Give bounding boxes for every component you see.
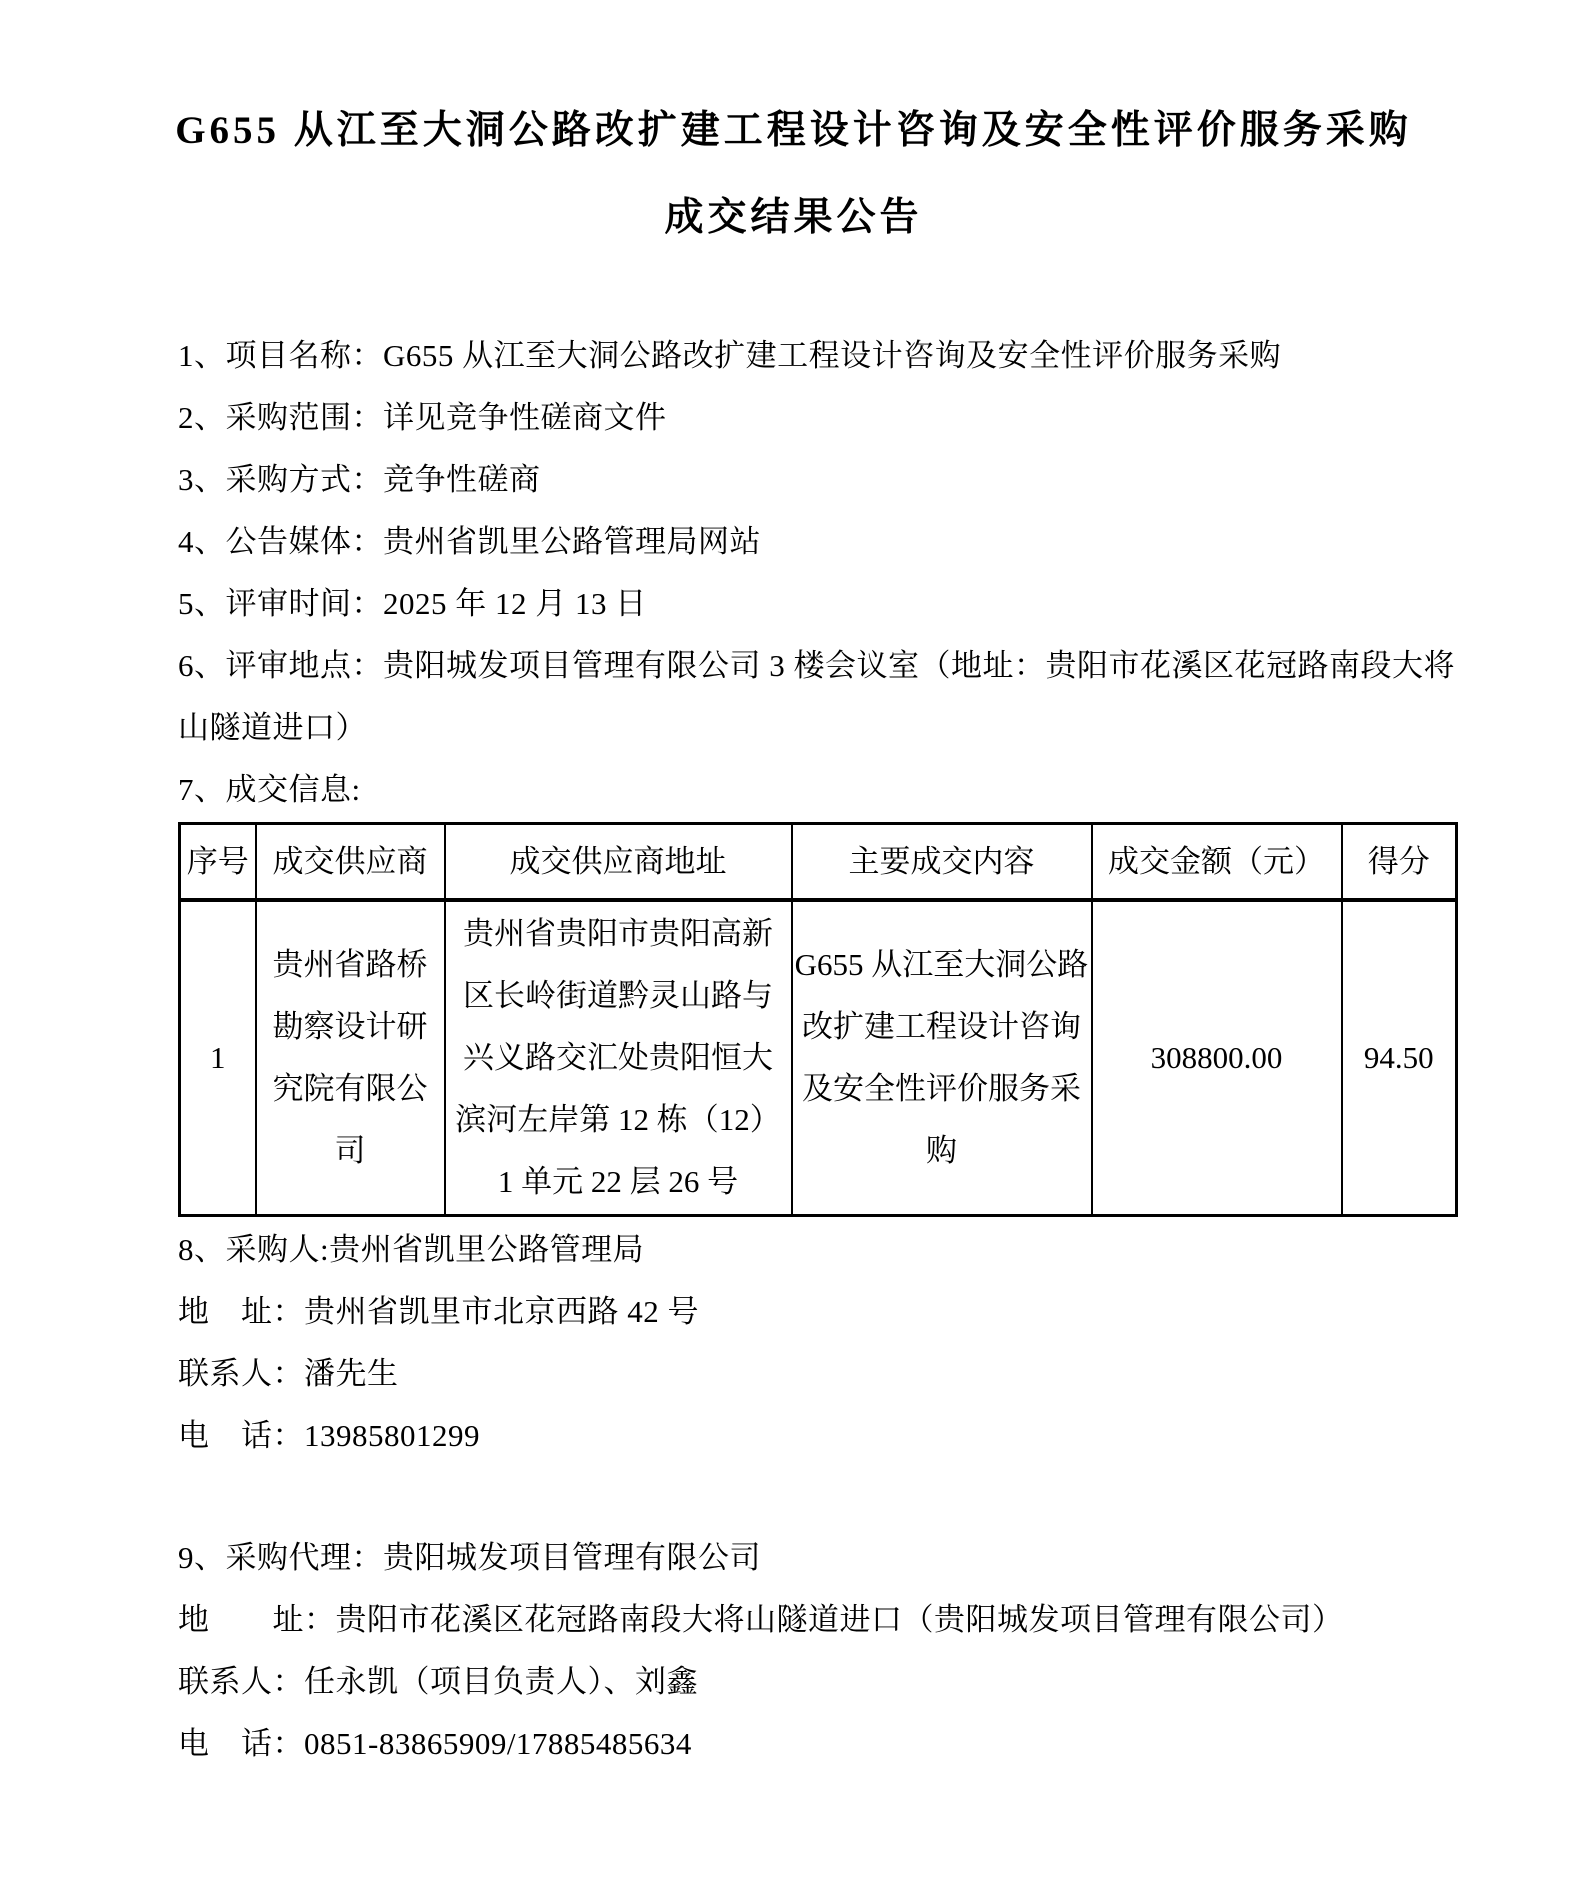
award-result-table: 序号 成交供应商 成交供应商地址 主要成交内容 成交金额（元） 得分 1 贵州省… bbox=[178, 822, 1458, 1217]
document-title-line2: 成交结果公告 bbox=[0, 190, 1587, 246]
purchaser-contact-line: 联系人：潘先生 bbox=[178, 1343, 1470, 1405]
header-main-content: 主要成交内容 bbox=[792, 824, 1092, 901]
info-item-project-name: 1、项目名称：G655 从江至大洞公路改扩建工程设计咨询及安全性评价服务采购 bbox=[178, 325, 1470, 387]
agent-phone-line: 电 话：0851-83865909/17885485634 bbox=[178, 1713, 1470, 1775]
purchaser-name-line: 8、采购人:贵州省凯里公路管理局 bbox=[178, 1219, 1470, 1281]
header-supplier-address: 成交供应商地址 bbox=[445, 824, 792, 901]
header-supplier: 成交供应商 bbox=[256, 824, 445, 901]
agent-address-line: 地 址：贵阳市花溪区花冠路南段大将山隧道进口（贵阳城发项目管理有限公司） bbox=[178, 1589, 1470, 1651]
table-header-row: 序号 成交供应商 成交供应商地址 主要成交内容 成交金额（元） 得分 bbox=[180, 824, 1457, 901]
table-row: 1 贵州省路桥勘察设计研究院有限公司 贵州省贵阳市贵阳高新区长岭街道黔灵山路与兴… bbox=[180, 900, 1457, 1216]
info-item-announce-media: 4、公告媒体：贵州省凯里公路管理局网站 bbox=[178, 511, 1470, 573]
purchaser-address-line: 地 址：贵州省凯里市北京西路 42 号 bbox=[178, 1281, 1470, 1343]
agent-section: 9、采购代理：贵阳城发项目管理有限公司 地 址：贵阳市花溪区花冠路南段大将山隧道… bbox=[178, 1527, 1470, 1775]
cell-supplier-address: 贵州省贵阳市贵阳高新区长岭街道黔灵山路与兴义路交汇处贵阳恒大滨河左岸第 12 栋… bbox=[445, 900, 792, 1216]
purchaser-section: 8、采购人:贵州省凯里公路管理局 地 址：贵州省凯里市北京西路 42 号 联系人… bbox=[178, 1219, 1470, 1467]
document-title-line1: G655 从江至大洞公路改扩建工程设计咨询及安全性评价服务采购 bbox=[0, 103, 1587, 159]
info-list: 1、项目名称：G655 从江至大洞公路改扩建工程设计咨询及安全性评价服务采购 2… bbox=[178, 325, 1470, 821]
purchaser-phone-line: 电 话：13985801299 bbox=[178, 1405, 1470, 1467]
agent-name-line: 9、采购代理：贵阳城发项目管理有限公司 bbox=[178, 1527, 1470, 1589]
info-item-procure-scope: 2、采购范围：详见竞争性磋商文件 bbox=[178, 387, 1470, 449]
header-index: 序号 bbox=[180, 824, 256, 901]
cell-amount: 308800.00 bbox=[1092, 900, 1342, 1216]
info-item-procure-method: 3、采购方式：竞争性磋商 bbox=[178, 449, 1470, 511]
cell-main-content: G655 从江至大洞公路改扩建工程设计咨询及安全性评价服务采购 bbox=[792, 900, 1092, 1216]
cell-score: 94.50 bbox=[1342, 900, 1457, 1216]
document-page: G655 从江至大洞公路改扩建工程设计咨询及安全性评价服务采购 成交结果公告 1… bbox=[0, 0, 1587, 1884]
info-item-review-place: 6、评审地点：贵阳城发项目管理有限公司 3 楼会议室（地址：贵阳市花溪区花冠路南… bbox=[178, 635, 1470, 759]
info-item-award-info-label: 7、成交信息: bbox=[178, 759, 1470, 821]
cell-supplier: 贵州省路桥勘察设计研究院有限公司 bbox=[256, 900, 445, 1216]
header-amount: 成交金额（元） bbox=[1092, 824, 1342, 901]
info-item-review-time: 5、评审时间：2025 年 12 月 13 日 bbox=[178, 573, 1470, 635]
agent-contact-line: 联系人：任永凯（项目负责人）、刘鑫 bbox=[178, 1651, 1470, 1713]
header-score: 得分 bbox=[1342, 824, 1457, 901]
cell-index: 1 bbox=[180, 900, 256, 1216]
